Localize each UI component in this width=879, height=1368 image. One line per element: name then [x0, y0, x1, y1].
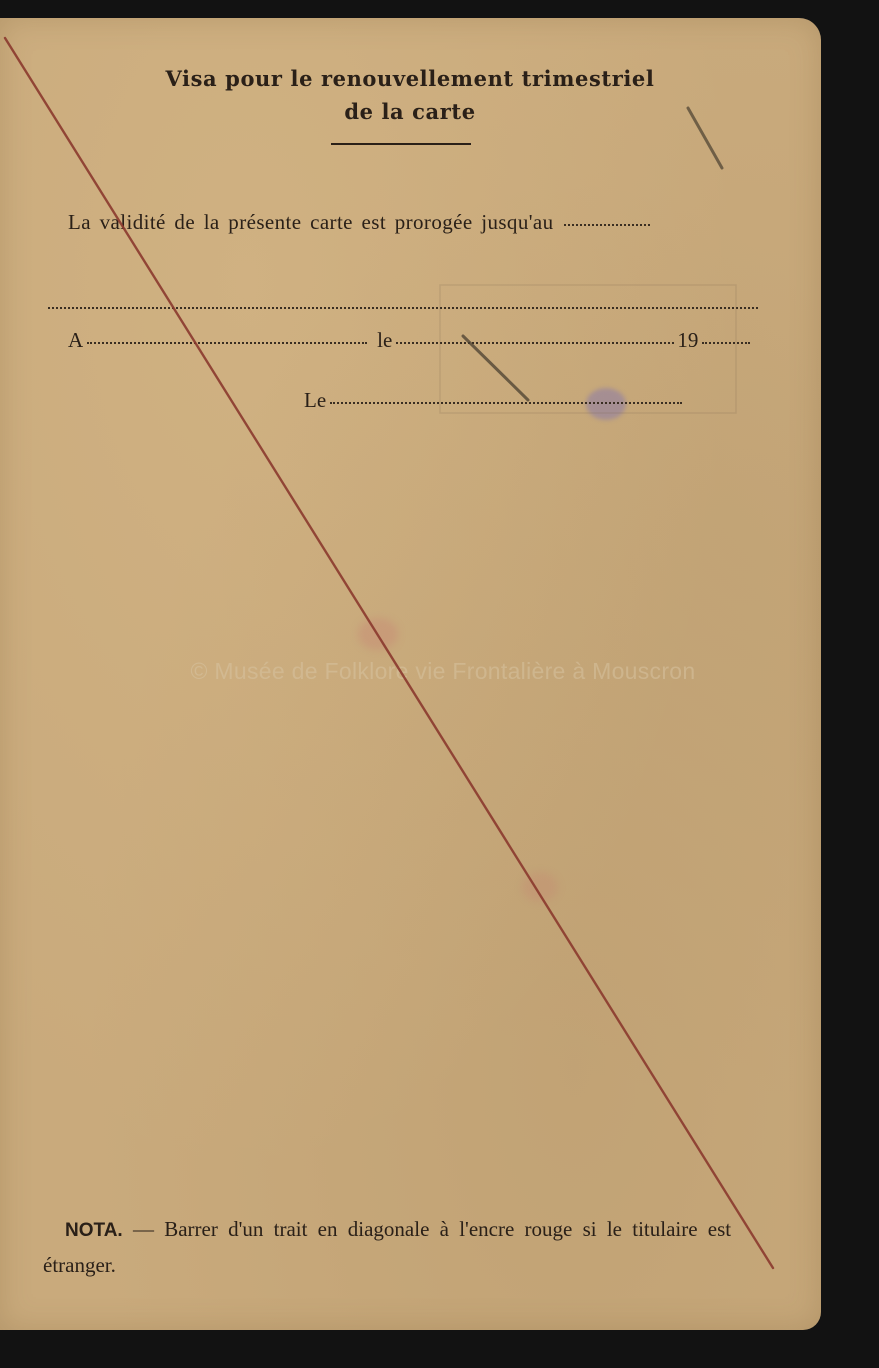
place-date-line: A le 19: [68, 328, 750, 353]
signature-field[interactable]: [330, 402, 682, 404]
date-label: le: [377, 328, 392, 353]
page-title: Visa pour le renouvellement trimestriel …: [100, 62, 720, 128]
title-line-2: de la carte: [100, 95, 720, 128]
validity-continuation-field[interactable]: [48, 307, 758, 309]
museum-watermark: © Musée de Folklore vie Frontalière à Mo…: [153, 658, 733, 685]
faint-red-smudge-lower: [522, 872, 558, 902]
validity-line: La validité de la présente carte est pro…: [68, 210, 650, 235]
validity-date-field[interactable]: [564, 224, 650, 226]
nota-note: NOTA. — Barrer d'un trait en diagonale à…: [43, 1212, 733, 1282]
place-field[interactable]: [87, 342, 367, 344]
nota-text: — Barrer d'un trait en diagonale à l'enc…: [43, 1217, 731, 1277]
year-prefix: 19: [677, 328, 698, 353]
place-label: A: [68, 328, 83, 353]
nota-label: NOTA.: [65, 1220, 123, 1241]
signature-line: Le: [304, 388, 682, 413]
date-field[interactable]: [396, 342, 674, 344]
title-line-1: Visa pour le renouvellement trimestriel: [100, 62, 720, 95]
title-underline-divider: [331, 143, 471, 145]
validity-label: La validité de la présente carte est pro…: [68, 210, 554, 235]
signature-label: Le: [304, 388, 326, 413]
year-field[interactable]: [702, 342, 750, 344]
faint-red-smudge: [358, 618, 398, 650]
